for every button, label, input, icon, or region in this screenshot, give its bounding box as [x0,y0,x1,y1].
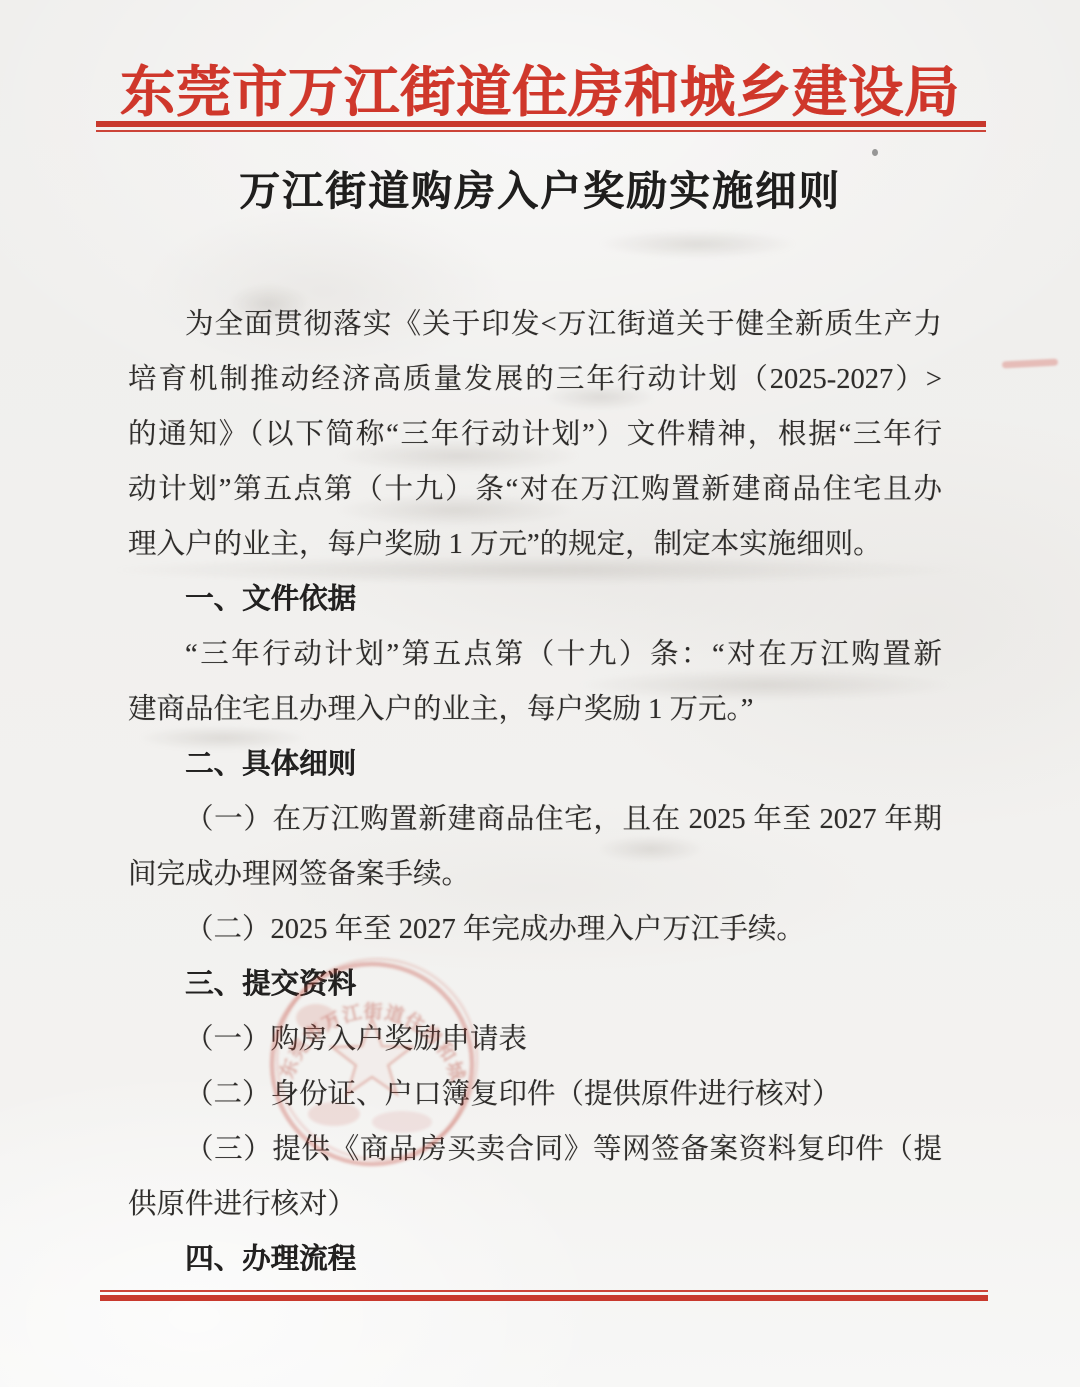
text-line: 的通知》（以下简称“三年行动计划”）文件精神，根据“三年行 [128,407,942,462]
text-line: （一）在万江购置新建商品住宅，且在 2025 年至 2027 年期 [128,792,942,847]
text-line: （二）2025 年至 2027 年完成办理入户万江手续。 [128,902,942,957]
scanned-document-page: 东莞市万江街道住房和城乡建设局 万江街道购房入户奖励实施细则 为全面贯彻落实《关… [0,0,1080,1387]
text-line: 动计划”第五点第（十九）条“对在万江购置新建商品住宅且办 [128,462,942,517]
text-line: 供原件进行核对） [128,1177,942,1232]
text-line: （二）身份证、户口簿复印件（提供原件进行核对） [128,1067,942,1122]
header-divider-rule [96,121,986,132]
text-line: 建商品住宅且办理入户的业主，每户奖励 1 万元。” [128,682,942,737]
rule-thin-line [96,130,986,132]
text-line: “三年行动计划”第五点第（十九）条：“对在万江购置新 [128,627,942,682]
section-heading: 三、提交资料 [128,957,942,1012]
section-heading: 一、文件依据 [128,572,942,627]
bleed-through-artifact [600,230,795,258]
text-line: 理入户的业主，每户奖励 1 万元”的规定，制定本实施细则。 [128,517,942,572]
agency-header: 东莞市万江街道住房和城乡建设局 [0,48,1080,127]
text-line: 间完成办理网签备案手续。 [128,847,942,902]
document-title: 万江街道购房入户奖励实施细则 [0,158,1080,217]
footer-divider-rule [100,1290,988,1301]
scan-speck-artifact [872,149,878,156]
rule-thick-line [100,1295,988,1301]
text-line: 为全面贯彻落实《关于印发<万江街道关于健全新质生产力 [128,297,942,352]
section-heading: 四、办理流程 [128,1232,942,1287]
text-line: （一）购房入户奖励申请表 [128,1012,942,1067]
text-line: 培育机制推动经济高质量发展的三年行动计划（2025-2027）> [128,352,942,407]
document-body: 为全面贯彻落实《关于印发<万江街道关于健全新质生产力 培育机制推动经济高质量发展… [128,297,942,1287]
scan-red-streak-artifact [1002,359,1058,369]
section-heading: 二、具体细则 [128,737,942,792]
text-line: （三）提供《商品房买卖合同》等网签备案资料复印件（提 [128,1122,942,1177]
